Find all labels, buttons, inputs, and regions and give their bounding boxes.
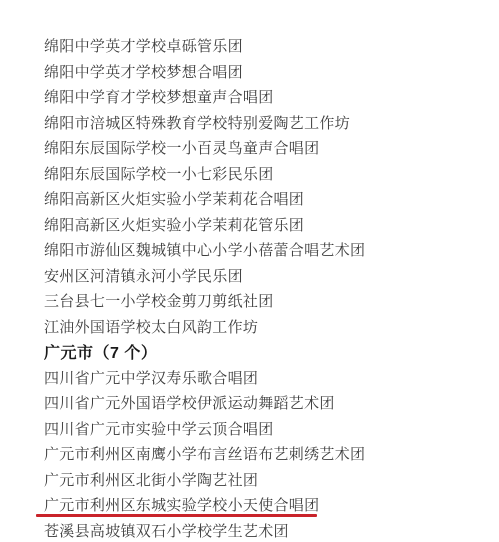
list-item: 绵阳东辰国际学校一小七彩民乐团 [44,161,489,187]
red-underline-highlight [36,514,317,518]
list-item-text: 广元市利州区东城实验学校小天使合唱团 [44,494,319,515]
list-item-text: 四川省广元中学汉寿乐歌合唱团 [44,367,258,388]
list-item: 绵阳市游仙区魏城镇中心小学小蓓蕾合唱艺术团 [44,237,489,263]
list-item-text: 绵阳东辰国际学校一小七彩民乐团 [44,163,274,184]
list-item-text: 绵阳中学英才学校梦想合唱团 [44,61,243,82]
list-item-text: 绵阳市涪城区特殊教育学校特别爱陶艺工作坊 [44,112,350,133]
list-item-text: 四川省广元市实验中学云顶合唱团 [44,418,274,439]
list-item: 江油外国语学校太白风韵工作坊 [44,314,489,340]
list-item: 广元市利州区南鹰小学布言丝语布艺刺绣艺术团 [44,441,489,467]
list-item: 三台县七一小学校金剪刀剪纸社团 [44,288,489,314]
school-groups-list: 绵阳中学英才学校卓砾管乐团绵阳中学英才学校梦想合唱团绵阳中学育才学校梦想童声合唱… [44,33,489,542]
list-item-text: 绵阳中学英才学校卓砾管乐团 [44,35,243,56]
list-item: 绵阳中学英才学校卓砾管乐团 [44,33,489,59]
list-item-text: 绵阳高新区火炬实验小学茉莉花合唱团 [44,188,304,209]
list-item-text: 江油外国语学校太白风韵工作坊 [44,316,258,337]
list-item: 四川省广元市实验中学云顶合唱团 [44,416,489,442]
list-item-text: 广元市利州区南鹰小学布言丝语布艺刺绣艺术团 [44,443,365,464]
document-page: 绵阳中学英才学校卓砾管乐团绵阳中学英才学校梦想合唱团绵阳中学育才学校梦想童声合唱… [0,0,499,542]
list-item-text: 绵阳市游仙区魏城镇中心小学小蓓蕾合唱艺术团 [44,239,365,260]
list-item: 四川省广元外国语学校伊派运动舞蹈艺术团 [44,390,489,416]
list-item-text: 绵阳高新区火炬实验小学茉莉花管乐团 [44,214,304,235]
list-item: 绵阳中学英才学校梦想合唱团 [44,59,489,85]
list-item: 绵阳高新区火炬实验小学茉莉花管乐团 [44,212,489,238]
list-item: 绵阳高新区火炬实验小学茉莉花合唱团 [44,186,489,212]
city-section-header: 广元市（7 个） [44,339,489,365]
list-item-text: 绵阳中学育才学校梦想童声合唱团 [44,86,274,107]
list-item: 广元市利州区北街小学陶艺社团 [44,467,489,493]
city-section-header-text: 广元市（7 个） [44,340,157,363]
list-item-text: 安州区河清镇永河小学民乐团 [44,265,243,286]
list-item: 绵阳市涪城区特殊教育学校特别爱陶艺工作坊 [44,110,489,136]
list-item: 广元市利州区东城实验学校小天使合唱团 [44,492,489,518]
list-item: 四川省广元中学汉寿乐歌合唱团 [44,365,489,391]
list-item-text: 广元市利州区北街小学陶艺社团 [44,469,258,490]
list-item-text: 四川省广元外国语学校伊派运动舞蹈艺术团 [44,392,335,413]
list-item: 绵阳东辰国际学校一小百灵鸟童声合唱团 [44,135,489,161]
list-item: 苍溪县高坡镇双石小学校学生艺术团 [44,518,489,542]
list-item-text: 苍溪县高坡镇双石小学校学生艺术团 [44,520,289,541]
list-item-text: 绵阳东辰国际学校一小百灵鸟童声合唱团 [44,137,319,158]
list-item: 绵阳中学育才学校梦想童声合唱团 [44,84,489,110]
list-item: 安州区河清镇永河小学民乐团 [44,263,489,289]
list-item-text: 三台县七一小学校金剪刀剪纸社团 [44,290,274,311]
